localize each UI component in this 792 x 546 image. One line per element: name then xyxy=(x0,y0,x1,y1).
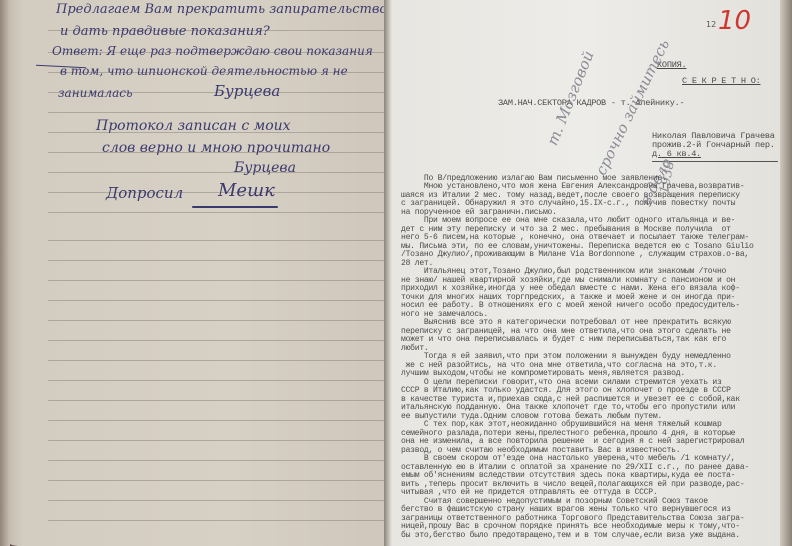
body-line: может и что она переписывалась и будет с… xyxy=(401,336,726,344)
ruled-line xyxy=(48,340,384,341)
signature-burtseva: Бурцева xyxy=(214,82,280,100)
archive-folio-small: 12 xyxy=(706,20,716,29)
book-left-edge xyxy=(0,0,10,546)
archive-folio-number: 10 xyxy=(718,6,751,36)
ruled-line xyxy=(48,460,384,461)
ruled-line xyxy=(48,380,384,381)
header-secret: С Е К Р Е Т Н О: xyxy=(682,76,761,87)
ruled-line xyxy=(48,260,384,261)
handwritten-line: в том, что шпионской деятельностью я не xyxy=(60,64,348,78)
ruled-line xyxy=(48,320,384,321)
ruled-line xyxy=(48,192,384,193)
ruled-line xyxy=(48,280,384,281)
interrogator-signature: Мешк xyxy=(218,180,275,201)
attestation-line: Протокол записан с моих xyxy=(96,118,291,134)
ruled-line xyxy=(48,300,384,301)
ruled-line xyxy=(48,420,384,421)
ruled-line xyxy=(48,500,384,501)
ruled-line xyxy=(48,240,384,241)
ruled-line xyxy=(48,360,384,361)
handwritten-line: занималась xyxy=(58,86,132,100)
ruled-line xyxy=(48,520,384,521)
ruled-line xyxy=(48,172,384,173)
ruled-line xyxy=(48,440,384,441)
ruled-line xyxy=(48,400,384,401)
addressee: ЗАМ.НАЧ.СЕКТОРА КАДРОВ - т. Алейнику.- xyxy=(498,98,684,109)
body-line: /Тозано Джулио/,проживающим в Милане Via… xyxy=(401,251,749,259)
handwritten-line: Предлагаем Вам прекратить запирательство xyxy=(56,2,387,17)
interrogator-label: Допросил xyxy=(106,184,183,202)
left-page-handwritten-protocol: Предлагаем Вам прекратить запирательство… xyxy=(0,0,384,546)
book-right-edge xyxy=(780,0,792,546)
body-line: бы это,бегство было предотвращено,тем и … xyxy=(401,532,740,540)
book-gutter xyxy=(384,0,392,546)
ruled-line xyxy=(48,480,384,481)
handwritten-line: и дать правдивые показания? xyxy=(60,24,270,39)
signature-flourish xyxy=(192,206,278,208)
ruled-line xyxy=(48,212,384,213)
handwritten-answer-line: Ответ: Я еще раз подтверждаю свои показа… xyxy=(52,44,373,58)
ruled-line xyxy=(48,112,384,113)
signature-burtseva: Бурцева xyxy=(234,160,296,176)
attestation-line: слов верно и мною прочитано xyxy=(102,140,330,156)
